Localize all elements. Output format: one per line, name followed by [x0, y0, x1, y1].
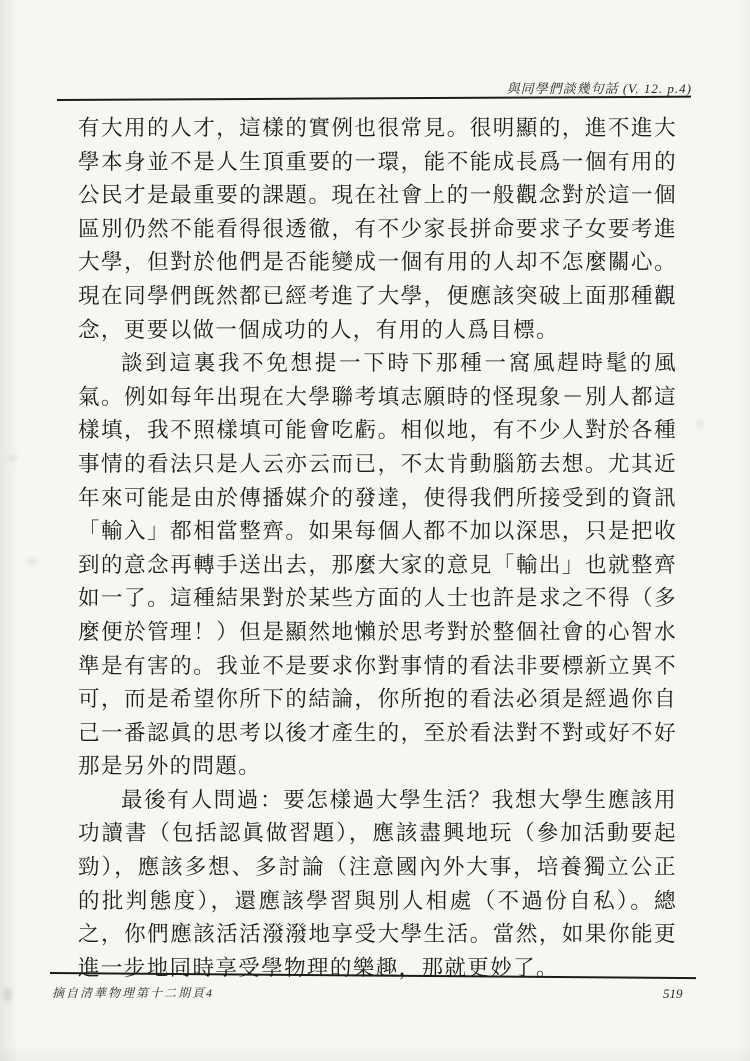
paragraph: 最後有人問過：要怎樣過大學生活？我想大學生應該用功讀書（包括認眞做習題），應該盡…: [78, 784, 677, 986]
scanned-document-page: 與同學們談幾句話 (V. 12. p.4) 有大用的人才，這樣的實例也很常見。很…: [0, 0, 750, 1061]
running-head: 與同學們談幾句話 (V. 12. p.4): [0, 78, 692, 97]
scan-smudge: [696, 420, 704, 428]
paragraph: 談到這裏我不免想提一下時下那種一窩風趕時髦的風氣。例如每年出現在大學聯考填志願時…: [78, 347, 677, 784]
scan-smudge: [4, 988, 12, 1002]
page-number: 519: [663, 986, 683, 1002]
scan-smudge: [26, 558, 38, 565]
paragraph-continuation: 有大用的人才，這樣的實例也很常見。很明顯的，進不進大學本身並不是人生頂重要的一環…: [78, 112, 677, 347]
document-body: 有大用的人才，這樣的實例也很常見。很明顯的，進不進大學本身並不是人生頂重要的一環…: [78, 112, 677, 985]
scan-smudge: [8, 455, 18, 461]
source-note: 摘自清華物理第十二期頁4: [52, 984, 214, 1001]
